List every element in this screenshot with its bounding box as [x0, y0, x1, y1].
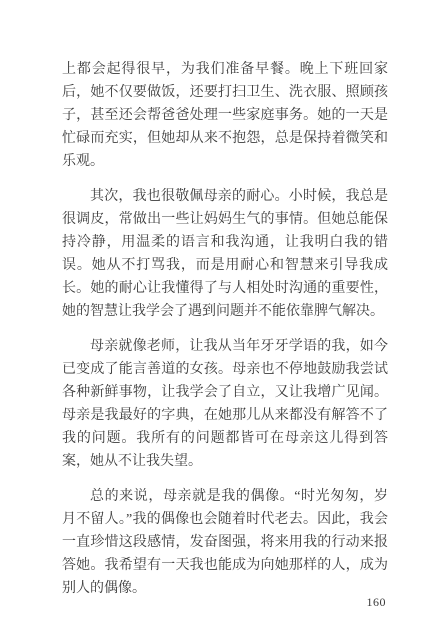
body-paragraph-2: 其次，我也很敬佩母亲的耐心。小时候，我总是很调皮，常做出一些让妈妈生气的事情。但… [62, 185, 388, 323]
body-paragraph-4: 总的来说，母亲就是我的偶像。“时光匆匆，岁月不留人。”我的偶像也会随着时代老去。… [62, 485, 388, 600]
essay-text-block: 上都会起得很早，为我们准备早餐。晚上下班回家后，她不仅要做饭，还要打扫卫生、洗衣… [62, 58, 388, 612]
body-paragraph-3: 母亲就像老师，让我从当年牙牙学语的我，如今已变成了能言善道的女孩。母亲也不停地鼓… [62, 335, 388, 473]
body-paragraph-1: 上都会起得很早，为我们准备早餐。晚上下班回家后，她不仅要做饭，还要打扫卫生、洗衣… [62, 58, 388, 173]
document-page: 上都会起得很早，为我们准备早餐。晚上下班回家后，她不仅要做饭，还要打扫卫生、洗衣… [0, 0, 448, 640]
page-number: 160 [367, 595, 387, 610]
